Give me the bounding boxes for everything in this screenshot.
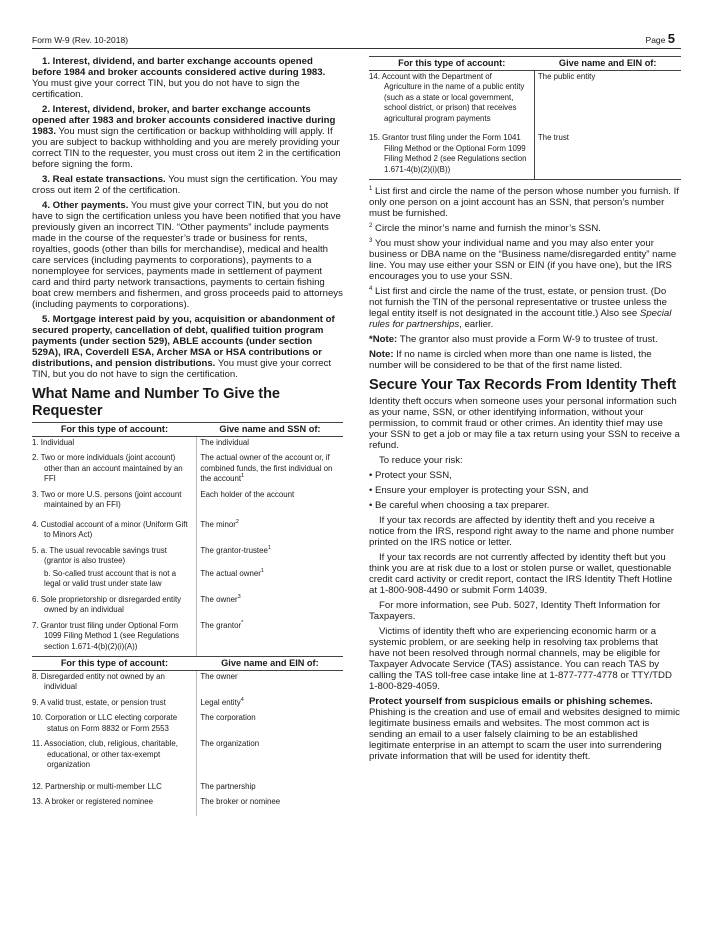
table-row: 6. Sole proprietorship or disregarded en… xyxy=(32,594,343,620)
page-number-label: Page 5 xyxy=(646,31,675,46)
form-title: Form W-9 (Rev. 10-2018) xyxy=(32,35,128,45)
page-number: 5 xyxy=(668,31,675,46)
table-header-row: For this type of account: Give name and … xyxy=(369,57,681,71)
table-row: 7. Grantor trust filing under Optional F… xyxy=(32,620,343,657)
page-header: Form W-9 (Rev. 10-2018) Page 5 xyxy=(32,32,681,49)
col-header-give: Give name and EIN of: xyxy=(197,657,343,671)
grantor-note: *Note: The grantor also must provide a F… xyxy=(369,334,681,345)
page-label: Page xyxy=(646,35,666,45)
paragraph: Victims of identity theft who are experi… xyxy=(369,626,681,692)
footnote-2: 2 Circle the minor’s name and furnish th… xyxy=(369,223,681,234)
table-row: 15. Grantor trust filing under the Form … xyxy=(369,132,681,180)
footnote-3: 3 You must show your individual name and… xyxy=(369,238,681,282)
bullet-item: • Ensure your employer is protecting you… xyxy=(369,485,681,496)
table-row: 11. Association, club, religious, charit… xyxy=(32,738,343,781)
circle-note: Note: If no name is circled when more th… xyxy=(369,349,681,371)
footnote-1: 1 List first and circle the name of the … xyxy=(369,186,681,219)
table-row: b. So-called trust account that is not a… xyxy=(32,568,343,594)
table-row: 10. Corporation or LLC electing corporat… xyxy=(32,712,343,738)
table-row: 2. Two or more individuals (joint accoun… xyxy=(32,452,343,489)
paragraph: If your tax records are affected by iden… xyxy=(369,515,681,548)
item-4: 4. Other payments. You must give your co… xyxy=(32,200,343,310)
table-row: 5. a. The usual revocable savings trust … xyxy=(32,545,343,568)
ein-table: For this type of account: Give name and … xyxy=(32,656,343,816)
table-row: 8. Disregarded entity not owned by an in… xyxy=(32,670,343,697)
col-header-account: For this type of account: xyxy=(369,57,534,71)
phishing-paragraph: Protect yourself from suspicious emails … xyxy=(369,696,681,762)
table-row: 14. Account with the Department of Agric… xyxy=(369,70,681,132)
right-column: For this type of account: Give name and … xyxy=(369,56,681,766)
paragraph: For more information, see Pub. 5027, Ide… xyxy=(369,600,681,622)
table-row: 1. IndividualThe individual xyxy=(32,436,343,452)
left-column: 1. Interest, dividend, and barter exchan… xyxy=(32,56,343,816)
identity-theft-intro: Identity theft occurs when someone uses … xyxy=(369,396,681,451)
col-header-give: Give name and SSN of: xyxy=(197,423,343,437)
item-1: 1. Interest, dividend, and barter exchan… xyxy=(32,56,343,100)
table-row: 9. A valid trust, estate, or pension tru… xyxy=(32,697,343,713)
ssn-table: For this type of account: Give name and … xyxy=(32,422,343,656)
bullet-item: • Protect your SSN, xyxy=(369,470,681,481)
table-row: 13. A broker or registered nomineeThe br… xyxy=(32,796,343,816)
paragraph: If your tax records are not currently af… xyxy=(369,552,681,596)
footnote-4: 4 List first and circle the name of the … xyxy=(369,286,681,330)
ein-table-continued: For this type of account: Give name and … xyxy=(369,56,681,180)
table-header-row: For this type of account: Give name and … xyxy=(32,423,343,437)
item-5: 5. Mortgage interest paid by you, acquis… xyxy=(32,314,343,380)
bullet-item: • Be careful when choosing a tax prepare… xyxy=(369,500,681,511)
section-title-identity-theft: Secure Your Tax Records From Identity Th… xyxy=(369,377,681,394)
col-header-give: Give name and EIN of: xyxy=(534,57,681,71)
col-header-account: For this type of account: xyxy=(32,657,197,671)
reduce-risk-label: To reduce your risk: xyxy=(369,455,681,466)
item-3: 3. Real estate transactions. You must si… xyxy=(32,174,343,196)
item-2: 2. Interest, dividend, broker, and barte… xyxy=(32,104,343,170)
table-header-row: For this type of account: Give name and … xyxy=(32,657,343,671)
section-title-requester: What Name and Number To Give the Request… xyxy=(32,386,343,420)
col-header-account: For this type of account: xyxy=(32,423,197,437)
table-row: 12. Partnership or multi-member LLCThe p… xyxy=(32,781,343,797)
table-row: 3. Two or more U.S. persons (joint accou… xyxy=(32,489,343,519)
table-row: 4. Custodial account of a minor (Uniform… xyxy=(32,519,343,545)
